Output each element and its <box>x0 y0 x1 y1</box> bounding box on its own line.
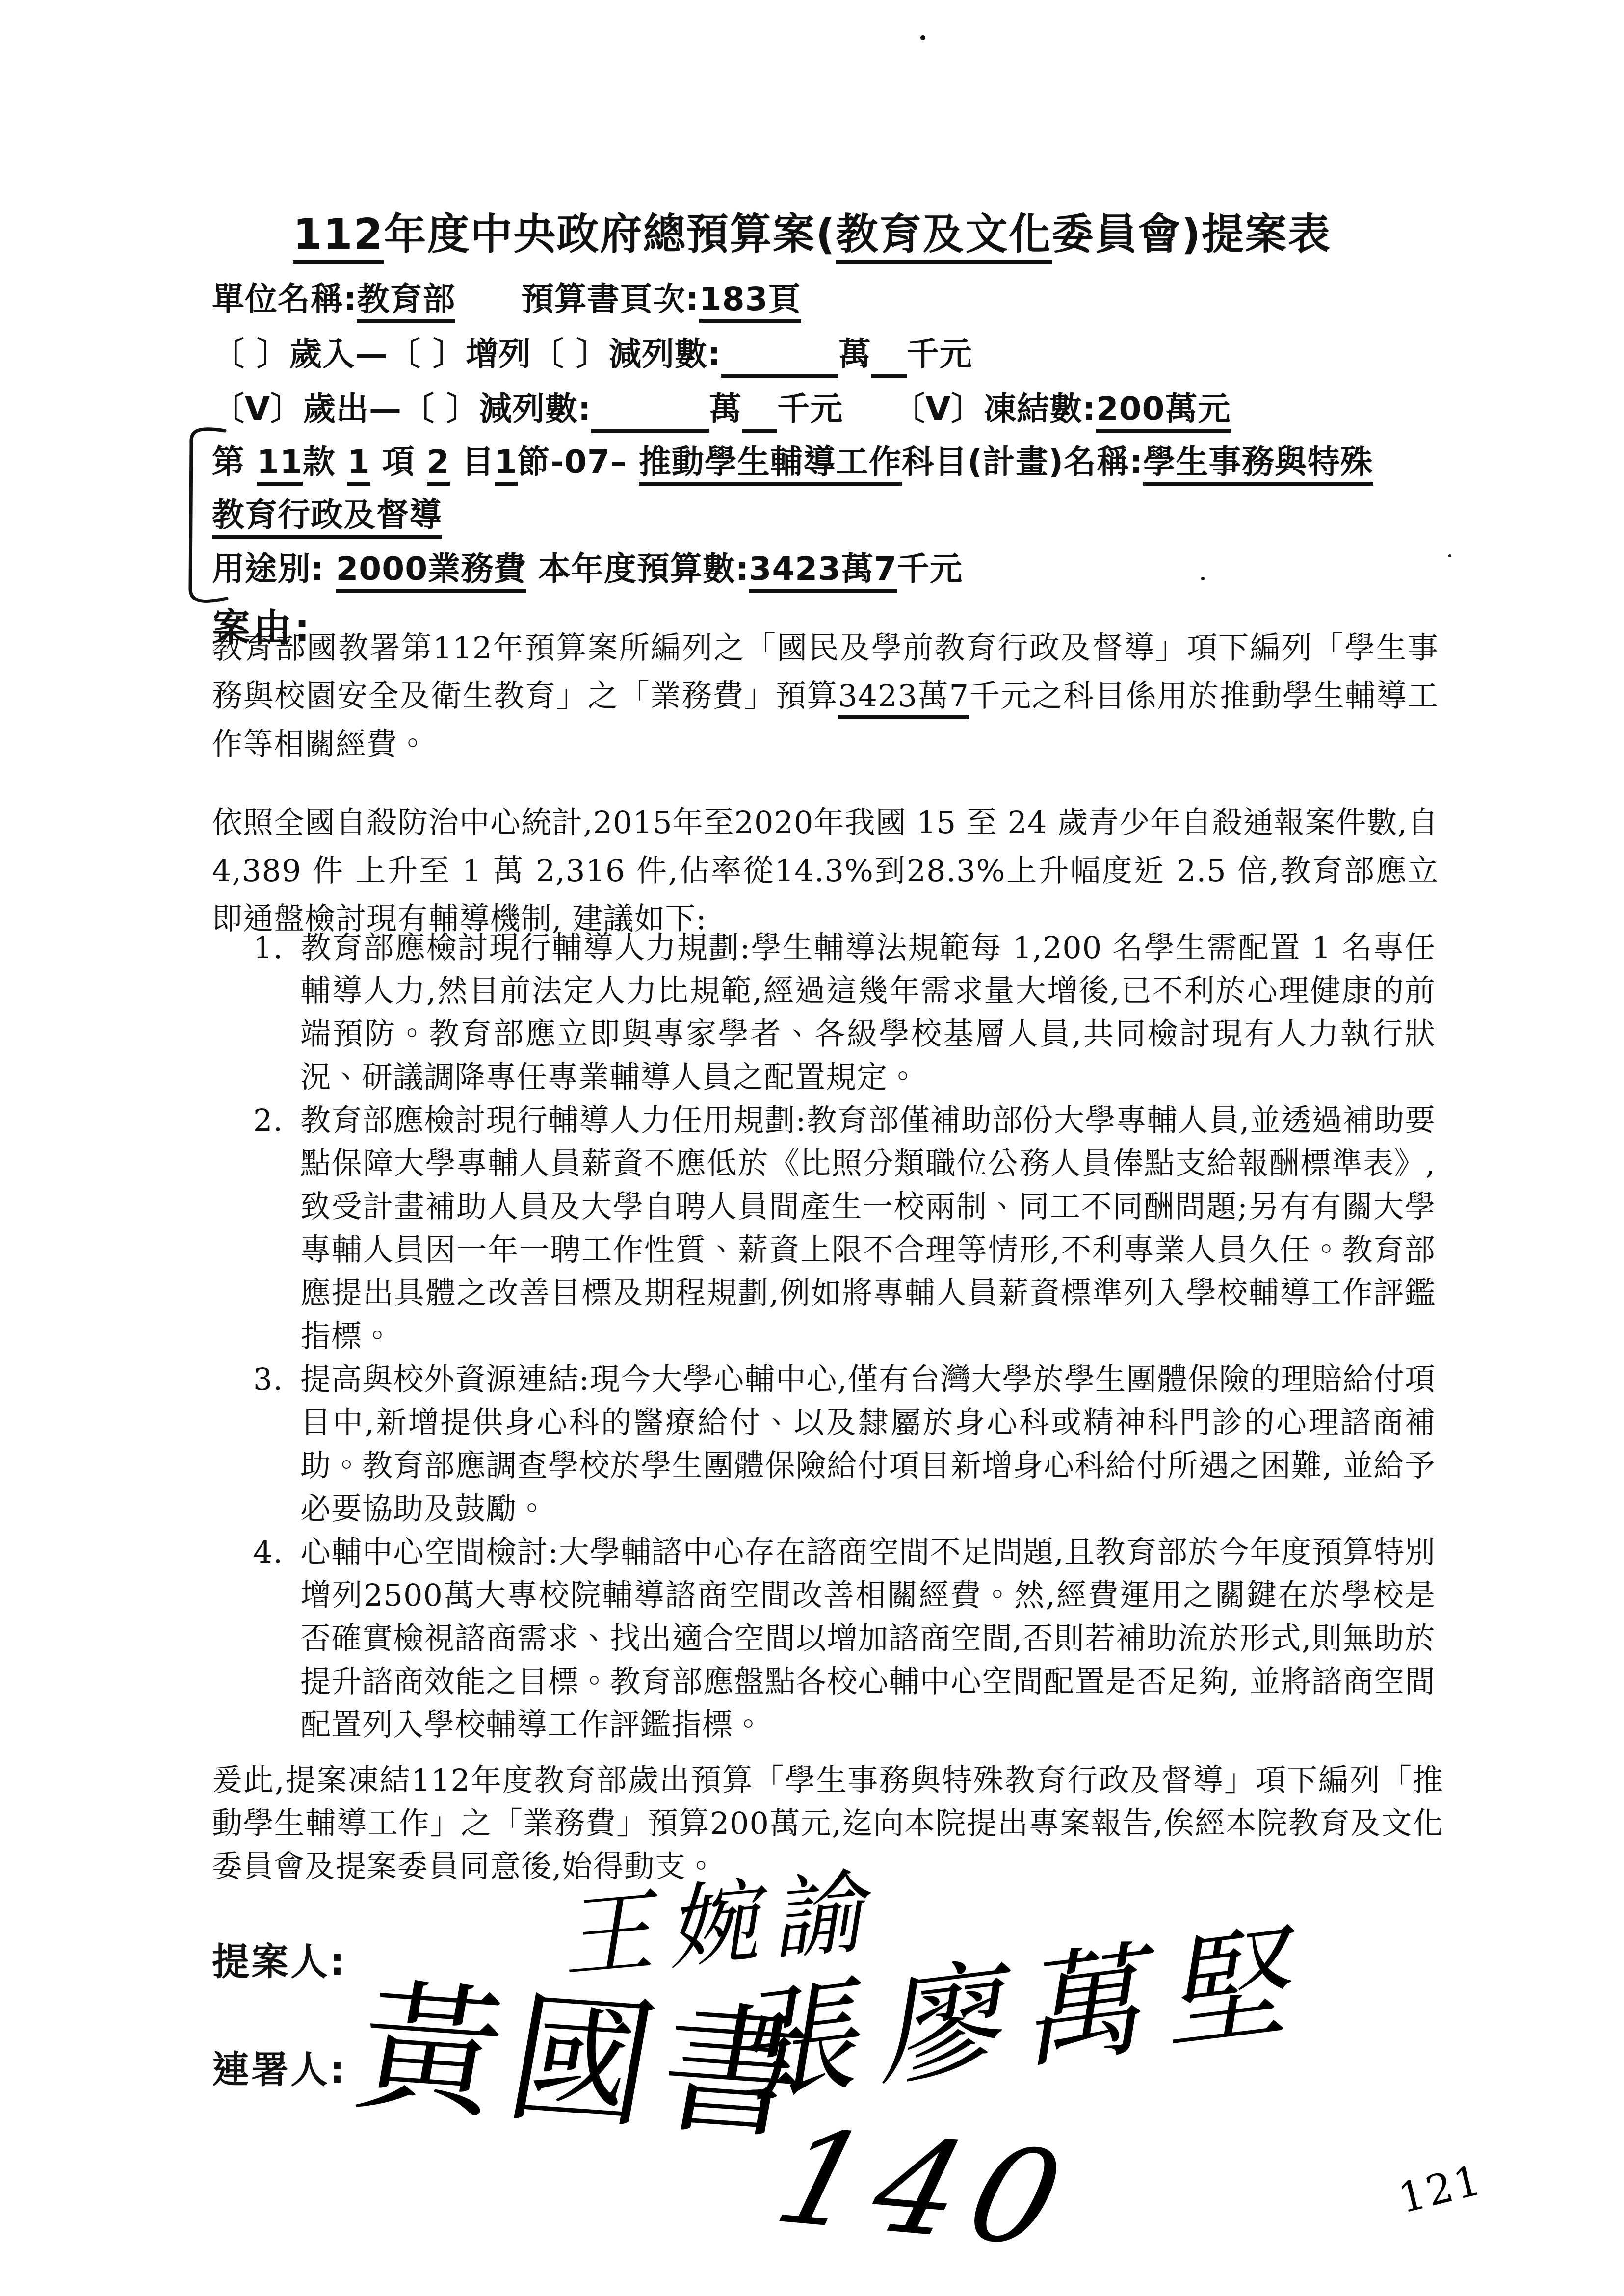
text-segment: 萬 <box>838 335 871 373</box>
text-segment <box>591 390 709 433</box>
text-segment: 千元 <box>777 390 843 428</box>
subject-paragraph-1: 教育部國教署第112年預算案所編列之「國民及學前教育行政及督導」項下編列「學生事… <box>212 624 1439 768</box>
text-segment: 〔V〕歲出—〔 〕減列數: <box>212 390 591 428</box>
unit-name-line: 單位名稱:教育部 預算書頁次:183頁 <box>212 273 801 319</box>
text-segment: 1 <box>347 443 370 486</box>
text-segment: 年度中央政府總預算案( <box>384 210 836 259</box>
text-segment: 項 <box>370 443 427 481</box>
text-segment: 教育部 <box>357 280 455 323</box>
list-item-4: 4.心輔中心空間檢討:大學輔諮中心存在諮商空間不足問題,且教育部於今年度預算特別… <box>253 1531 1436 1747</box>
text-segment: 教育行政及督導 <box>212 496 442 539</box>
list-item-1-number: 1. <box>253 926 300 969</box>
list-item-4-text: 心輔中心空間檢討:大學輔諮中心存在諮商空間不足問題,且教育部於今年度預算特別增列… <box>300 1534 1436 1743</box>
usage-category-line: 用途別: 2000業務費 本年度預算數:3423萬7千元 <box>212 543 963 589</box>
proposer-label: 提案人: <box>212 1932 346 1985</box>
budget-item-line-2: 教育行政及督導 <box>212 489 442 535</box>
list-item-2-number: 2. <box>253 1099 300 1142</box>
corner-page-mark: 121 <box>1394 2159 1487 2219</box>
text-segment: 〔V〕凍結數: <box>909 390 1096 428</box>
scan-speck <box>1201 577 1205 580</box>
text-segment: 萬 <box>709 390 742 428</box>
list-item-3: 3.提高與校外資源連結:現今大學心輔中心,僅有台灣大學於學生團體保險的理賠給付項… <box>253 1358 1436 1531</box>
text-segment: 科目(計畫)名稱: <box>902 443 1143 481</box>
handwritten-left-bracket <box>178 426 232 612</box>
scan-speck <box>920 35 925 40</box>
text-segment <box>843 390 909 428</box>
expenditure-freeze-line: 〔V〕歲出—〔 〕減列數: 萬 千元 〔V〕凍結數:200萬元 <box>212 383 1231 429</box>
budget-item-line-1: 第 11款 1 項 2 目1節-07– 推動學生輔導工作科目(計畫)名稱:學生事… <box>212 436 1373 482</box>
page-title: 112年度中央政府總預算案(教育及文化委員會)提案表 <box>0 200 1624 261</box>
text-segment: 千元 <box>907 335 972 373</box>
text-segment: 學生事務與特殊 <box>1143 443 1373 486</box>
text-segment: 預算書頁次: <box>521 280 699 318</box>
suggestion-list: 1.教育部應檢討現行輔導人力規劃:學生輔導法規範每 1,200 名學生需配置 1… <box>253 926 1436 1747</box>
list-item-1-text: 教育部應檢討現行輔導人力規劃:學生輔導法規範每 1,200 名學生需配置 1 名… <box>300 930 1436 1095</box>
revenue-checkbox-line: 〔 〕歲入—〔 〕增列〔 〕減列數: 萬 千元 <box>212 328 972 374</box>
text-segment: 推動學生輔導工作 <box>639 443 902 486</box>
scan-speck <box>1448 554 1451 557</box>
text-segment: 3423萬7 <box>749 550 897 593</box>
text-segment: 3423萬7 <box>838 678 969 719</box>
text-segment: 1 <box>495 443 518 486</box>
text-segment: 11 <box>257 443 303 486</box>
text-segment <box>871 335 907 378</box>
cosigner-label: 連署人: <box>212 2040 346 2093</box>
text-segment: 200萬元 <box>1096 390 1231 433</box>
text-segment: 款 <box>303 443 347 481</box>
list-item-4-number: 4. <box>253 1531 300 1574</box>
handwritten-case-number: 140 <box>752 2114 1099 2265</box>
list-item-2: 2.教育部應檢討現行輔導人力任用規劃:教育部僅補助部份大學專輔人員,並透過補助要… <box>253 1099 1436 1358</box>
text-segment: 委員會)提案表 <box>1052 210 1331 259</box>
text-segment: 教育及文化 <box>836 210 1052 264</box>
text-segment: 目 <box>450 443 495 481</box>
text-segment: 單位名稱: <box>212 280 357 318</box>
list-item-1: 1.教育部應檢討現行輔導人力規劃:學生輔導法規範每 1,200 名學生需配置 1… <box>253 926 1436 1099</box>
text-segment: 本年度預算數: <box>526 550 749 588</box>
text-segment: 節-07– <box>518 443 639 481</box>
text-segment <box>721 335 838 378</box>
list-item-2-text: 教育部應檢討現行輔導人力任用規劃:教育部僅補助部份大學專輔人員,並透過補助要點保… <box>300 1102 1436 1354</box>
text-segment <box>455 280 521 318</box>
text-segment: 千元 <box>897 550 963 588</box>
text-segment: 〔 〕歲入—〔 〕增列〔 〕減列數: <box>212 335 721 373</box>
list-item-3-text: 提高與校外資源連結:現今大學心輔中心,僅有台灣大學於學生團體保險的理賠給付項目中… <box>300 1361 1436 1527</box>
text-segment: 2000業務費 <box>336 550 526 593</box>
text-segment: 2 <box>427 443 450 486</box>
subject-paragraph-2: 依照全國自殺防治中心統計,2015年至2020年我國 15 至 24 歲青少年自… <box>212 799 1439 943</box>
text-segment: 183頁 <box>699 280 801 323</box>
list-item-3-number: 3. <box>253 1358 300 1401</box>
scanned-budget-proposal-page: 112年度中央政府總預算案(教育及文化委員會)提案表 單位名稱:教育部 預算書頁… <box>0 0 1624 2296</box>
text-segment: 112 <box>293 210 384 264</box>
text-segment <box>742 390 777 433</box>
